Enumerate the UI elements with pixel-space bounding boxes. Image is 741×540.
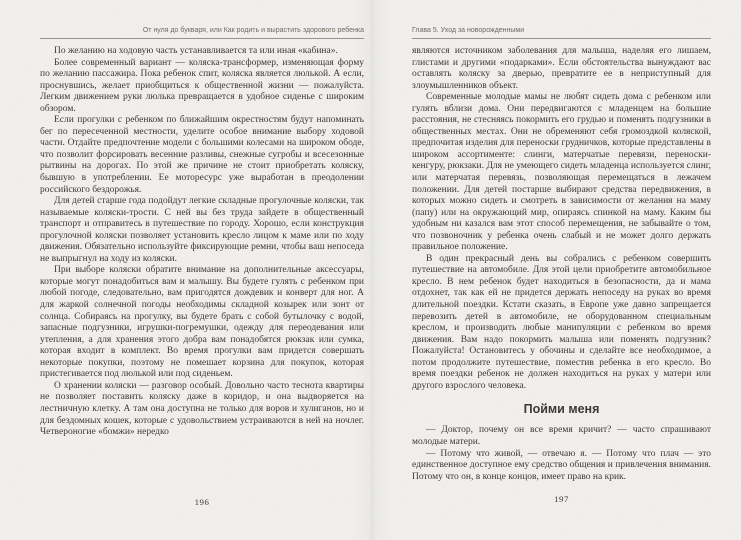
right-page: Глава 5. Уход за новорожденными являются… [412,26,711,483]
left-page: От нуля до букваря, или Как родить и выр… [40,26,364,439]
paragraph: При выборе коляски обратите внимание на … [40,265,364,380]
paragraph: Более современный вариант — коляска-тран… [40,58,364,116]
paragraph: По желанию на ходовую часть устанавливае… [40,46,364,58]
paragraph: Для детей старше года подойдут легкие ск… [40,196,364,265]
paragraph: Если прогулки с ребенком по ближайшим ок… [40,115,364,196]
right-page-body: являются источником заболевания для малы… [412,46,711,483]
left-page-body: По желанию на ходовую часть устанавливае… [40,46,364,439]
paragraph: В один прекрасный день вы собрались с ре… [412,254,711,393]
paragraph: являются источником заболевания для малы… [412,46,711,92]
page-number-right: 197 [412,494,711,504]
section-heading: Пойми меня [412,402,711,416]
book-spread: От нуля до букваря, или Как родить и выр… [0,0,741,540]
running-head-left: От нуля до букваря, или Как родить и выр… [40,26,364,39]
dialogue-paragraph: — Доктор, почему он все время кричит? — … [412,425,711,448]
paragraph: Современные молодые мамы не любят сидеть… [412,92,711,254]
page-number-left: 196 [40,497,364,507]
running-head-right: Глава 5. Уход за новорожденными [412,26,711,39]
dialogue-paragraph: — Потому что живой, — отвечаю я. — Потом… [412,449,711,484]
paragraph: О хранении коляски — разговор особый. До… [40,381,364,439]
